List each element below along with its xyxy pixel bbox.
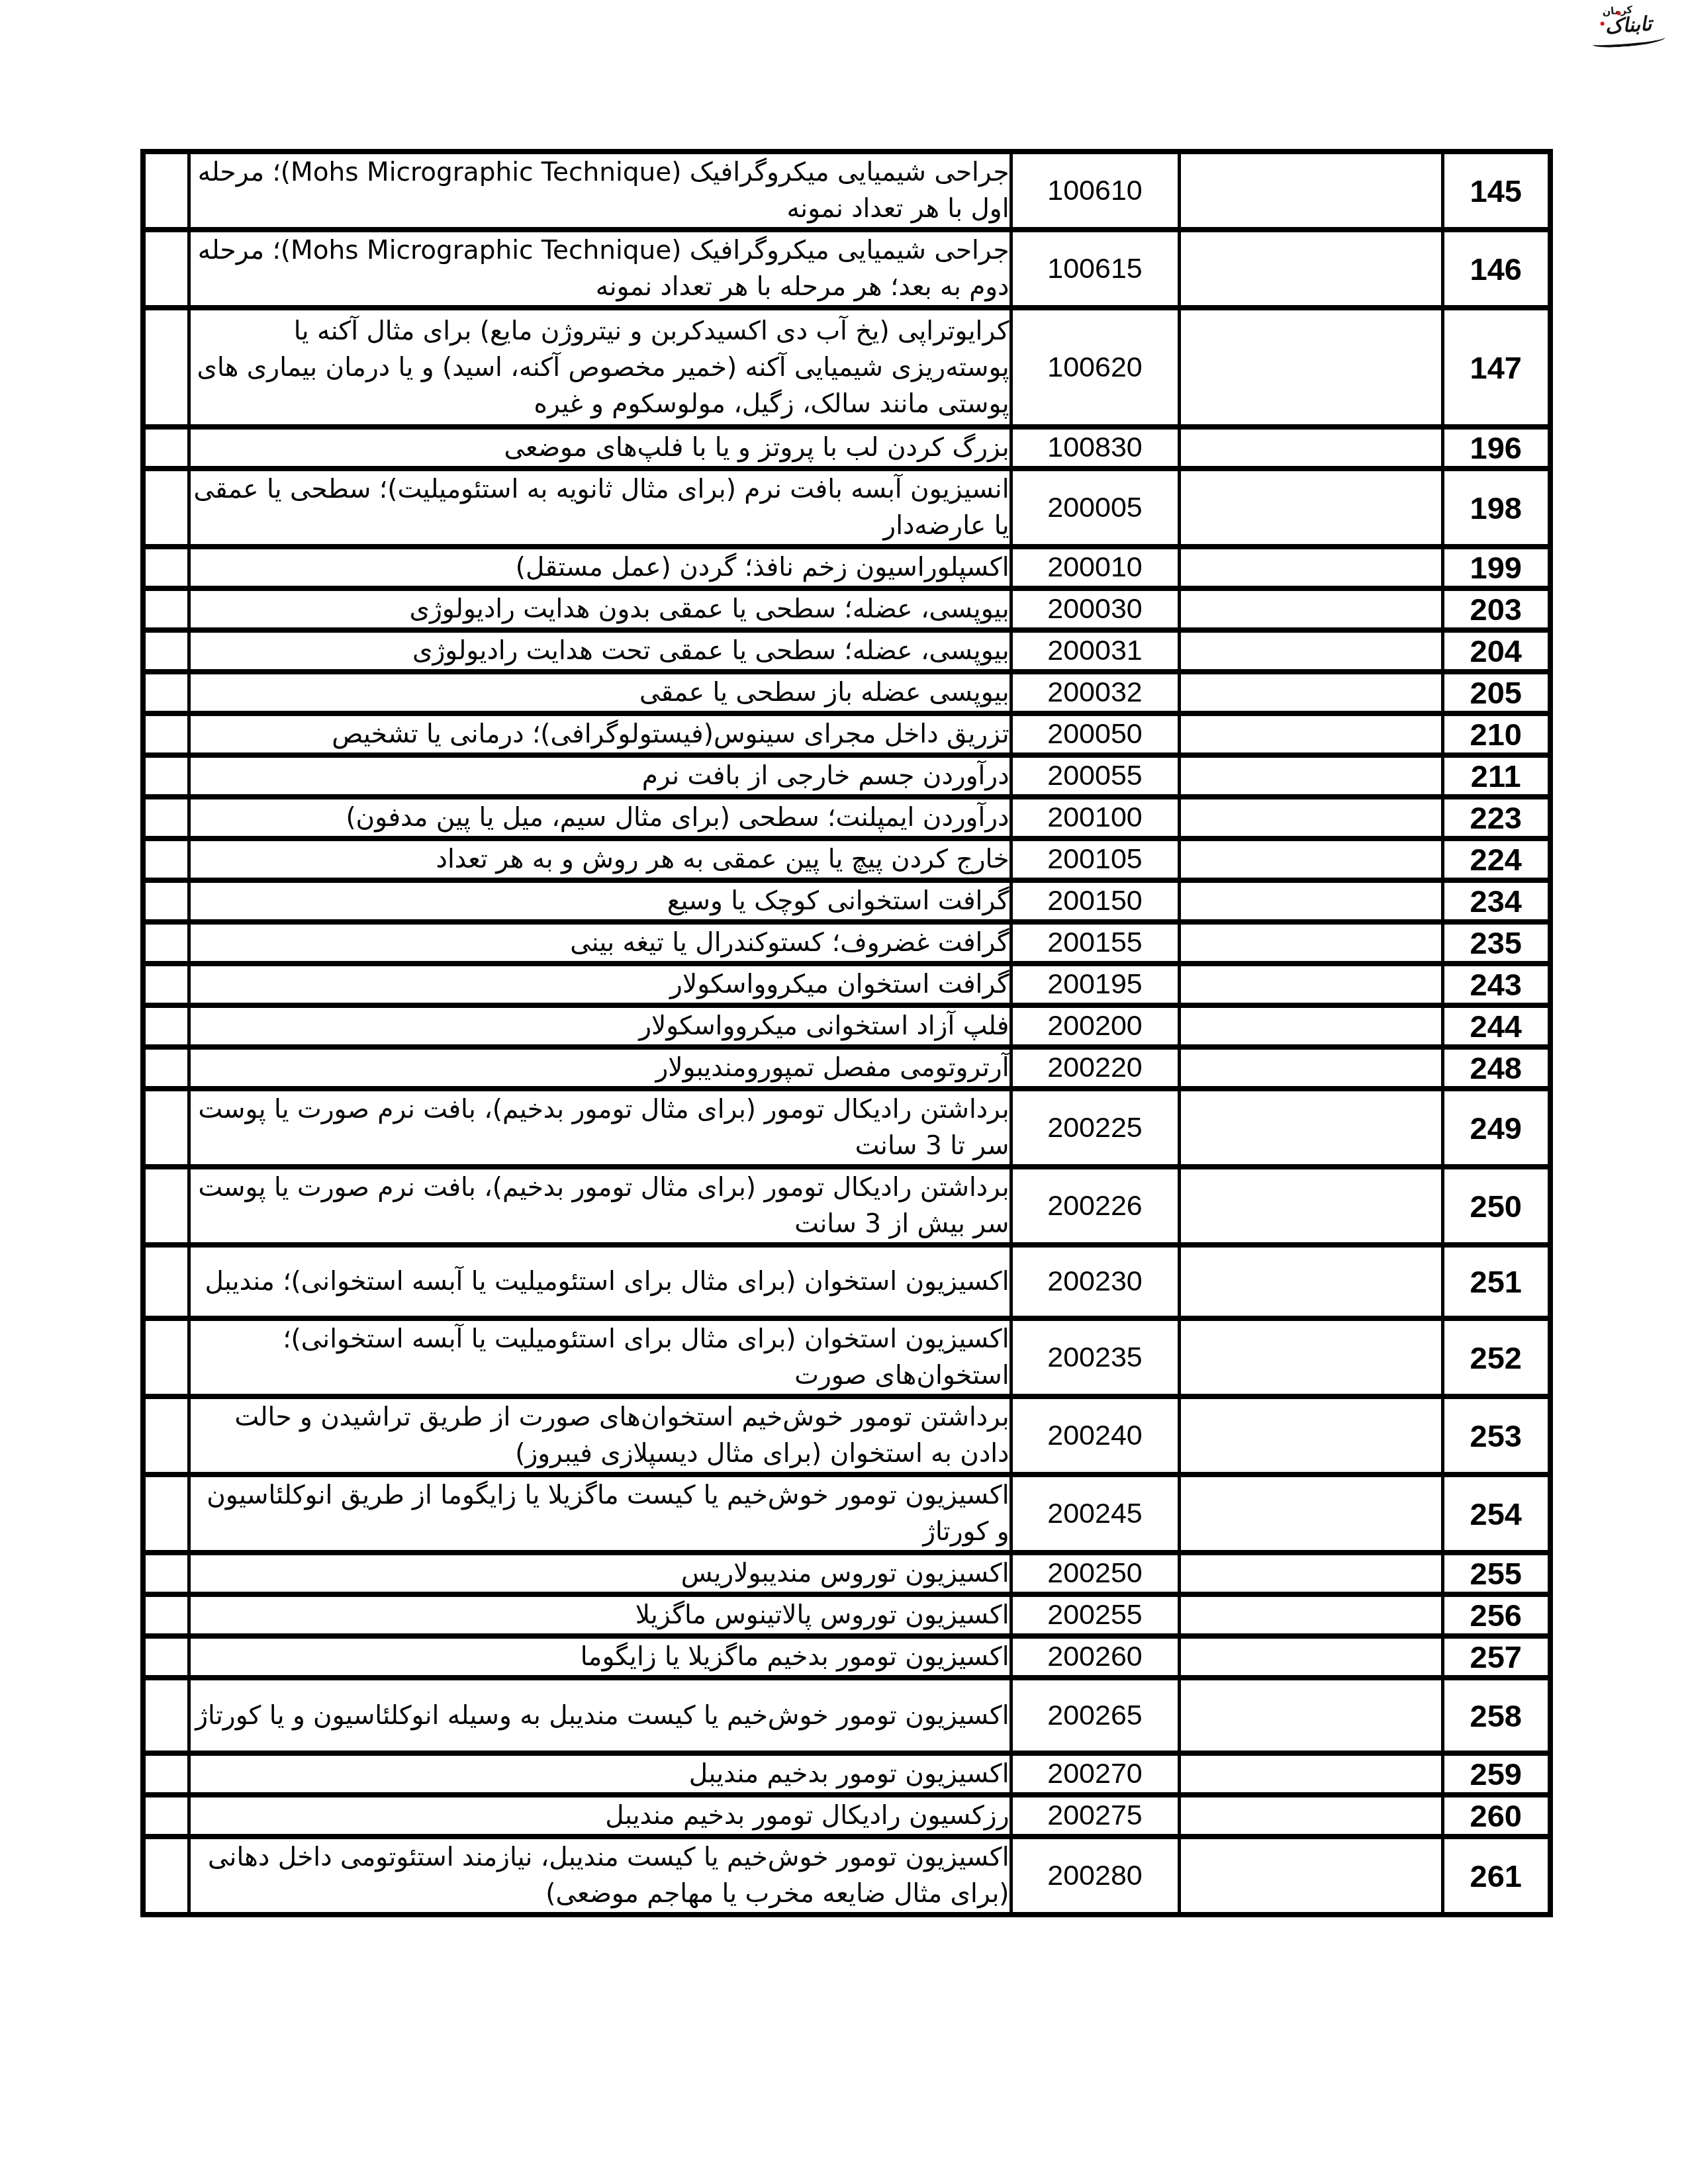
row-number: 256 [1442,1594,1550,1636]
procedure-code: 200055 [1011,755,1179,797]
row-number: 255 [1442,1553,1550,1594]
row-number: 196 [1442,427,1550,469]
blank-tariff-cell [1179,839,1442,880]
blank-margin-cell [143,1475,189,1553]
table-row: تزریق داخل مجرای سینوس(فیستولوگرافی)؛ در… [143,713,1550,755]
procedure-description: بیوپسی، عضله؛ سطحی یا عمقی تحت هدایت راد… [189,630,1011,672]
procedure-description: خارج کردن پیچ یا پین عمقی به هر روش و به… [189,839,1011,880]
table-row: اکسیزیون توروس پالاتینوس ماگزیلا 200255 … [143,1594,1550,1636]
blank-margin-cell [143,1167,189,1245]
row-number: 243 [1442,964,1550,1005]
procedure-code: 100610 [1011,152,1179,230]
procedure-code: 200105 [1011,839,1179,880]
blank-tariff-cell [1179,755,1442,797]
table-row: برداشتن رادیکال تومور (برای مثال تومور ب… [143,1167,1550,1245]
procedure-code: 200240 [1011,1396,1179,1475]
blank-tariff-cell [1179,964,1442,1005]
procedure-description: اکسیزیون توروس پالاتینوس ماگزیلا [189,1594,1011,1636]
procedure-description: اکسیزیون تومور خوش‌خیم یا کیست مندیبل، ن… [189,1837,1011,1915]
blank-margin-cell [143,230,189,308]
blank-margin-cell [143,713,189,755]
logo-accent-dot [1600,22,1604,26]
blank-margin-cell [143,1396,189,1475]
blank-tariff-cell [1179,152,1442,230]
blank-tariff-cell [1179,308,1442,427]
blank-margin-cell [143,630,189,672]
procedure-description: تزریق داخل مجرای سینوس(فیستولوگرافی)؛ در… [189,713,1011,755]
blank-margin-cell [143,1553,189,1594]
row-number: 146 [1442,230,1550,308]
blank-tariff-cell [1179,1005,1442,1047]
table-row: اکسیزیون تومور خوش‌خیم یا کیست ماگزیلا ی… [143,1475,1550,1553]
procedure-description: بیوپسی عضله باز سطحی یا عمقی [189,672,1011,713]
blank-tariff-cell [1179,1475,1442,1553]
blank-margin-cell [143,1795,189,1837]
table-row: گرافت استخوان میکروواسکولار 200195 243 [143,964,1550,1005]
blank-tariff-cell [1179,1553,1442,1594]
blank-tariff-cell [1179,1318,1442,1396]
blank-tariff-cell [1179,880,1442,922]
table-row: اکسیزیون تومور بدخیم ماگزیلا یا زایگوما … [143,1636,1550,1678]
procedure-code: 200031 [1011,630,1179,672]
row-number: 203 [1442,588,1550,630]
blank-margin-cell [143,1594,189,1636]
table-row: جراحی شیمیایی میکروگرافیک (Mohs Microgra… [143,230,1550,308]
procedure-code: 200230 [1011,1245,1179,1318]
table-row: اکسیزیون استخوان (برای مثال برای استئومی… [143,1245,1550,1318]
row-number: 250 [1442,1167,1550,1245]
row-number: 204 [1442,630,1550,672]
blank-margin-cell [143,1753,189,1795]
row-number: 205 [1442,672,1550,713]
procedure-code: 200226 [1011,1167,1179,1245]
procedure-description: جراحی شیمیایی میکروگرافیک (Mohs Microgra… [189,152,1011,230]
row-number: 248 [1442,1047,1550,1089]
procedure-description: جراحی شیمیایی میکروگرافیک (Mohs Microgra… [189,230,1011,308]
procedure-code: 200270 [1011,1753,1179,1795]
row-number: 260 [1442,1795,1550,1837]
procedure-code: 200005 [1011,469,1179,547]
logo-swoosh-underline [1592,33,1665,49]
procedure-code: 200050 [1011,713,1179,755]
procedure-description: اکسیزیون استخوان (برای مثال برای استئومی… [189,1245,1011,1318]
row-number: 249 [1442,1089,1550,1167]
procedure-description: انسیزیون آبسه بافت نرم (برای مثال ثانویه… [189,469,1011,547]
blank-tariff-cell [1179,1167,1442,1245]
table-row: بیوپسی، عضله؛ سطحی یا عمقی تحت هدایت راد… [143,630,1550,672]
procedure-description: اکسیزیون تومور بدخیم مندیبل [189,1753,1011,1795]
blank-tariff-cell [1179,797,1442,839]
procedure-description: گرافت غضروف؛ کستوکندرال یا تیغه بینی [189,922,1011,964]
row-number: 253 [1442,1396,1550,1475]
procedure-description: برداشتن تومور خوش‌خیم استخوان‌های صورت ا… [189,1396,1011,1475]
row-number: 223 [1442,797,1550,839]
procedure-description: برداشتن رادیکال تومور (برای مثال تومور ب… [189,1167,1011,1245]
procedure-description: اکسیزیون تومور خوش‌خیم یا کیست مندیبل به… [189,1678,1011,1753]
table-row: اکسیزیون تومور خوش‌خیم یا کیست مندیبل، ن… [143,1837,1550,1915]
procedure-code: 200220 [1011,1047,1179,1089]
blank-margin-cell [143,755,189,797]
row-number: 252 [1442,1318,1550,1396]
blank-tariff-cell [1179,427,1442,469]
blank-tariff-cell [1179,1594,1442,1636]
procedure-code: 100620 [1011,308,1179,427]
blank-tariff-cell [1179,1753,1442,1795]
procedure-description: رزکسیون رادیکال تومور بدخیم مندیبل [189,1795,1011,1837]
blank-tariff-cell [1179,672,1442,713]
procedure-code: 200250 [1011,1553,1179,1594]
procedure-code: 200255 [1011,1594,1179,1636]
blank-tariff-cell [1179,547,1442,588]
table-row: اکسیزیون تومور بدخیم مندیبل 200270 259 [143,1753,1550,1795]
table-row: گرافت غضروف؛ کستوکندرال یا تیغه بینی 200… [143,922,1550,964]
procedure-description: اکسپلوراسیون زخم نافذ؛ گردن (عمل مستقل) [189,547,1011,588]
procedure-description: بیوپسی، عضله؛ سطحی یا عمقی بدون هدایت را… [189,588,1011,630]
blank-tariff-cell [1179,1636,1442,1678]
procedure-description: آرتروتومی مفصل تمپورومندیبولار [189,1047,1011,1089]
row-number: 145 [1442,152,1550,230]
procedure-description: درآوردن ایمپلنت؛ سطحی (برای مثال سیم، می… [189,797,1011,839]
procedure-code: 200155 [1011,922,1179,964]
procedure-description: اکسیزیون تومور بدخیم ماگزیلا یا زایگوما [189,1636,1011,1678]
procedure-code: 100830 [1011,427,1179,469]
row-number: 198 [1442,469,1550,547]
blank-margin-cell [143,588,189,630]
blank-margin-cell [143,1089,189,1167]
blank-margin-cell [143,672,189,713]
procedure-code: 200275 [1011,1795,1179,1837]
procedure-description: فلپ آزاد استخوانی میکروواسکولار [189,1005,1011,1047]
table-row: کرایوتراپی (یخ آب دی اکسیدکربن و نیتروژن… [143,308,1550,427]
procedure-code: 200200 [1011,1005,1179,1047]
table-row: درآوردن ایمپلنت؛ سطحی (برای مثال سیم، می… [143,797,1550,839]
table-row: بیوپسی، عضله؛ سطحی یا عمقی بدون هدایت را… [143,588,1550,630]
blank-margin-cell [143,308,189,427]
table-row: درآوردن جسم خارجی از بافت نرم 200055 211 [143,755,1550,797]
table-row: گرافت استخوانی کوچک یا وسیع 200150 234 [143,880,1550,922]
blank-margin-cell [143,152,189,230]
table-row: خارج کردن پیچ یا پین عمقی به هر روش و به… [143,839,1550,880]
procedure-code: 200195 [1011,964,1179,1005]
procedure-code: 200260 [1011,1636,1179,1678]
procedure-code: 200030 [1011,588,1179,630]
document-page: کرمان تابناک جراحی شیمیایی میکروگرافیک (… [0,0,1688,2184]
row-number: 234 [1442,880,1550,922]
blank-margin-cell [143,1636,189,1678]
row-number: 261 [1442,1837,1550,1915]
blank-tariff-cell [1179,1396,1442,1475]
blank-margin-cell [143,547,189,588]
table-row: برداشتن تومور خوش‌خیم استخوان‌های صورت ا… [143,1396,1550,1475]
procedure-code: 200245 [1011,1475,1179,1553]
table-row: برداشتن رادیکال تومور (برای مثال تومور ب… [143,1089,1550,1167]
row-number: 258 [1442,1678,1550,1753]
table-body: جراحی شیمیایی میکروگرافیک (Mohs Microgra… [143,152,1550,1915]
table-row: اکسیزیون توروس مندیبولاریس 200250 255 [143,1553,1550,1594]
procedure-description: کرایوتراپی (یخ آب دی اکسیدکربن و نیتروژن… [189,308,1011,427]
procedure-code: 200280 [1011,1837,1179,1915]
row-number: 210 [1442,713,1550,755]
row-number: 244 [1442,1005,1550,1047]
procedure-code: 200150 [1011,880,1179,922]
blank-margin-cell [143,964,189,1005]
blank-tariff-cell [1179,1089,1442,1167]
row-number: 259 [1442,1753,1550,1795]
table-row: آرتروتومی مفصل تمپورومندیبولار 200220 24… [143,1047,1550,1089]
blank-tariff-cell [1179,1837,1442,1915]
blank-tariff-cell [1179,230,1442,308]
medical-procedure-codes-table: جراحی شیمیایی میکروگرافیک (Mohs Microgra… [140,149,1553,1917]
blank-tariff-cell [1179,713,1442,755]
procedure-code: 200235 [1011,1318,1179,1396]
blank-tariff-cell [1179,1795,1442,1837]
procedure-code: 100615 [1011,230,1179,308]
procedure-code: 200100 [1011,797,1179,839]
table-row: اکسیزیون تومور خوش‌خیم یا کیست مندیبل به… [143,1678,1550,1753]
row-number: 257 [1442,1636,1550,1678]
row-number: 251 [1442,1245,1550,1318]
row-number: 211 [1442,755,1550,797]
blank-margin-cell [143,1047,189,1089]
procedure-description: درآوردن جسم خارجی از بافت نرم [189,755,1011,797]
procedure-description: برداشتن رادیکال تومور (برای مثال تومور ب… [189,1089,1011,1167]
table-row: بزرگ کردن لب با پروتز و یا با فلپ‌های مو… [143,427,1550,469]
table-row: جراحی شیمیایی میکروگرافیک (Mohs Microgra… [143,152,1550,230]
tabnak-kerman-logo: کرمان تابناک [1587,3,1669,50]
table-row: اکسپلوراسیون زخم نافذ؛ گردن (عمل مستقل) … [143,547,1550,588]
blank-margin-cell [143,880,189,922]
procedure-description: بزرگ کردن لب با پروتز و یا با فلپ‌های مو… [189,427,1011,469]
procedure-description: گرافت استخوان میکروواسکولار [189,964,1011,1005]
table-row: بیوپسی عضله باز سطحی یا عمقی 200032 205 [143,672,1550,713]
blank-tariff-cell [1179,1245,1442,1318]
row-number: 199 [1442,547,1550,588]
blank-tariff-cell [1179,588,1442,630]
blank-margin-cell [143,922,189,964]
procedure-description: اکسیزیون تومور خوش‌خیم یا کیست ماگزیلا ی… [189,1475,1011,1553]
table-row: انسیزیون آبسه بافت نرم (برای مثال ثانویه… [143,469,1550,547]
procedure-description: اکسیزیون استخوان (برای مثال برای استئومی… [189,1318,1011,1396]
table-row: اکسیزیون استخوان (برای مثال برای استئومی… [143,1318,1550,1396]
row-number: 254 [1442,1475,1550,1553]
blank-tariff-cell [1179,630,1442,672]
blank-margin-cell [143,469,189,547]
blank-tariff-cell [1179,469,1442,547]
procedure-code: 200265 [1011,1678,1179,1753]
procedure-description: اکسیزیون توروس مندیبولاریس [189,1553,1011,1594]
procedure-code: 200032 [1011,672,1179,713]
blank-margin-cell [143,797,189,839]
blank-tariff-cell [1179,1678,1442,1753]
table-row: فلپ آزاد استخوانی میکروواسکولار 200200 2… [143,1005,1550,1047]
blank-margin-cell [143,1005,189,1047]
row-number: 147 [1442,308,1550,427]
row-number: 224 [1442,839,1550,880]
blank-margin-cell [143,427,189,469]
blank-margin-cell [143,1678,189,1753]
table-row: رزکسیون رادیکال تومور بدخیم مندیبل 20027… [143,1795,1550,1837]
blank-margin-cell [143,839,189,880]
procedure-description: گرافت استخوانی کوچک یا وسیع [189,880,1011,922]
blank-tariff-cell [1179,922,1442,964]
row-number: 235 [1442,922,1550,964]
blank-tariff-cell [1179,1047,1442,1089]
blank-margin-cell [143,1245,189,1318]
blank-margin-cell [143,1318,189,1396]
procedure-code: 200010 [1011,547,1179,588]
procedure-code: 200225 [1011,1089,1179,1167]
blank-margin-cell [143,1837,189,1915]
